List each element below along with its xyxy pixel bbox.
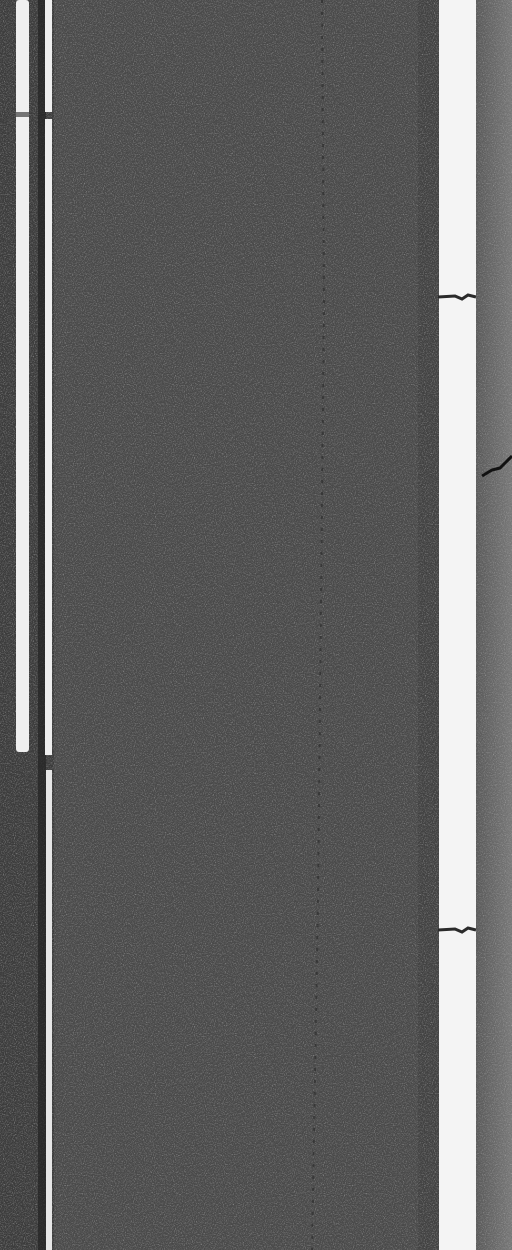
pavement-seam <box>38 0 46 1250</box>
road-shoulder <box>476 0 512 1250</box>
edge-line-right <box>439 0 476 1250</box>
main-lane <box>54 0 438 1250</box>
road-surface-image <box>0 0 512 1250</box>
lane-line-left-inner <box>45 0 52 112</box>
